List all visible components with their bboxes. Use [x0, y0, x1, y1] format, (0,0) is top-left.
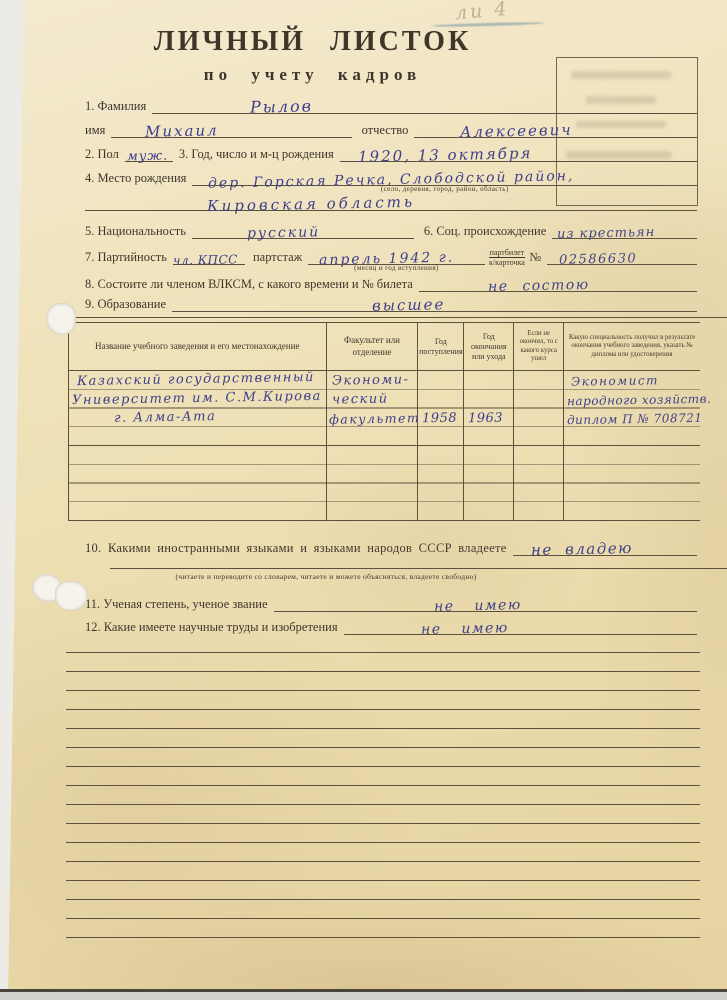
col-year-graduation — [463, 371, 513, 521]
patronymic-label: отчество — [352, 124, 415, 138]
section-divider-line — [60, 317, 727, 318]
education-line: высшее — [172, 293, 697, 312]
nationality-value: русский — [247, 224, 320, 242]
party-card-number-value: 02586630 — [559, 251, 637, 268]
party-number-sign: № — [529, 251, 547, 265]
birthdate-label: 3. Год, число и м-ц рождения — [173, 148, 340, 162]
field-languages: 10. Какими иностранными языками и языкам… — [85, 538, 697, 556]
surname-line: Рылов — [152, 95, 697, 114]
form-title-block: ЛИЧНЫЙ ЛИСТОК по учету кадров — [95, 26, 530, 85]
birthplace-line: дер. Горская Речка, Слободской район, (с… — [192, 167, 697, 186]
party-label: 7. Партийность — [85, 251, 173, 265]
th-institution: Название учебного заведения и его местон… — [69, 323, 326, 370]
party-stage-caption: (месяц и год вступления) — [308, 264, 484, 272]
field-birthplace-line2: Кировская область — [85, 193, 697, 211]
form-title: ЛИЧНЫЙ ЛИСТОК — [95, 26, 530, 58]
works-label: 12. Какие имеете научные труды и изобрет… — [85, 621, 344, 635]
party-stage-line: апрель 1942 г. (месяц и год вступления) — [308, 246, 484, 265]
education-table-header: Название учебного заведения и его местон… — [68, 322, 700, 371]
nationality-label: 5. Национальность — [85, 225, 192, 239]
sex-value: муж. — [127, 149, 169, 165]
social-origin-line: из крестьян — [552, 220, 697, 239]
field-name-patronymic: имя Михаил отчество Алексеевич — [85, 120, 697, 138]
form-subtitle: по учету кадров — [95, 65, 530, 85]
faculty-line-2: ческий — [332, 392, 389, 408]
field-sex-birthdate: 2. Пол муж. 3. Год, число и м-ц рождения… — [85, 144, 697, 162]
bleedthrough-smudge — [571, 71, 671, 79]
specialty-line-2: народного хозяйств. — [567, 392, 712, 409]
party-card-label-top: партбилет — [489, 248, 526, 259]
surname-label: 1. Фамилия — [85, 100, 152, 114]
social-origin-value: из крестьян — [556, 225, 655, 242]
education-table: Название учебного заведения и его местон… — [68, 322, 700, 521]
languages-line: не владею — [513, 537, 697, 556]
education-label: 9. Образование — [85, 298, 172, 312]
degree-value: не имею — [434, 597, 522, 615]
komsomol-label: 8. Состоите ли членом ВЛКСМ, с какого вр… — [85, 278, 419, 292]
party-card-number-line: 02586630 — [547, 246, 697, 265]
blank-ruled-lines — [66, 634, 700, 939]
first-name-value: Михаил — [145, 121, 219, 141]
social-origin-label: 6. Соц. происхождение — [414, 225, 552, 239]
patronymic-value: Алексеевич — [459, 121, 572, 141]
birthplace-label: 4. Место рождения — [85, 172, 192, 186]
komsomol-line: не состою — [419, 273, 697, 292]
scan-edge-left — [0, 0, 26, 1000]
col-year-admission — [417, 371, 463, 521]
sex-label: 2. Пол — [85, 148, 125, 162]
year-graduation-value: 1963 — [468, 411, 503, 427]
party-card-label-bottom: к/карточка — [489, 258, 526, 268]
party-stage-label: партстаж — [245, 251, 308, 265]
languages-label: 10. Какими иностранными языками и языкам… — [85, 542, 513, 556]
th-year-admission: Год поступления — [417, 323, 463, 370]
field-education: 9. Образование высшее — [85, 294, 697, 312]
party-card-label: партбилет к/карточка — [489, 248, 526, 268]
institution-line-3: г. Алма-Ата — [114, 409, 217, 426]
languages-second-line — [110, 568, 727, 569]
birthplace-value2: Кировская область — [207, 193, 415, 215]
scan-edge-bottom — [0, 989, 727, 1000]
nationality-line: русский — [192, 220, 414, 239]
party-membership-line: чл. КПСС — [173, 246, 245, 265]
year-admission-value: 1958 — [422, 411, 457, 427]
languages-caption: (читаете и переводите со словарем, читае… — [66, 572, 586, 581]
punch-hole — [46, 303, 76, 335]
specialty-line-1: Экономист — [571, 373, 659, 389]
th-faculty: Факультет или отделение — [326, 323, 418, 370]
patronymic-line: Алексеевич — [414, 119, 697, 138]
field-birthplace: 4. Место рождения дер. Горская Речка, Сл… — [85, 168, 697, 186]
th-specialty: Какую специальность получил в результате… — [563, 323, 700, 370]
field-surname: 1. Фамилия Рылов — [85, 96, 697, 114]
education-table-body: Казахский государственный Университет им… — [68, 371, 700, 521]
degree-label: 11. Ученая степень, ученое звание — [85, 598, 274, 612]
birthdate-value: 1920, 13 октября — [357, 144, 532, 166]
th-left-course: Если не окончил, то с какого курса ушел — [513, 323, 563, 370]
sex-line: муж. — [125, 143, 173, 162]
works-line: не имею — [344, 616, 697, 635]
field-nationality-origin: 5. Национальность русский 6. Соц. происх… — [85, 221, 697, 239]
first-name-label: имя — [85, 124, 111, 138]
pencil-note: ли 4 — [454, 0, 510, 24]
specialty-line-3: диплом П № 708721 — [567, 411, 703, 427]
faculty-line-1: Экономи- — [332, 372, 410, 388]
faculty-line-3: факультет — [329, 410, 421, 427]
field-party: 7. Партийность чл. КПСС партстаж апрель … — [85, 247, 697, 265]
first-name-line: Михаил — [111, 119, 351, 138]
birthdate-line: 1920, 13 октября — [340, 143, 697, 162]
punch-hole — [55, 581, 88, 611]
surname-value: Рылов — [250, 96, 313, 116]
field-komsomol: 8. Состоите ли членом ВЛКСМ, с какого вр… — [85, 274, 697, 292]
field-works: 12. Какие имеете научные труды и изобрет… — [85, 617, 697, 635]
degree-line: не имею — [274, 593, 697, 612]
scanned-form-page: ли 4 ЛИЧНЫЙ ЛИСТОК по учету кадров 1. Фа… — [0, 0, 727, 1000]
party-membership-value: чл. КПСС — [173, 252, 238, 267]
col-left-course — [513, 371, 563, 521]
languages-value: не владею — [531, 539, 633, 559]
education-value: высшее — [371, 295, 445, 315]
birthplace-line2: Кировская область — [85, 192, 697, 211]
th-year-graduation: Год окончания или ухода — [463, 323, 513, 370]
field-degree: 11. Ученая степень, ученое звание не име… — [85, 594, 697, 612]
